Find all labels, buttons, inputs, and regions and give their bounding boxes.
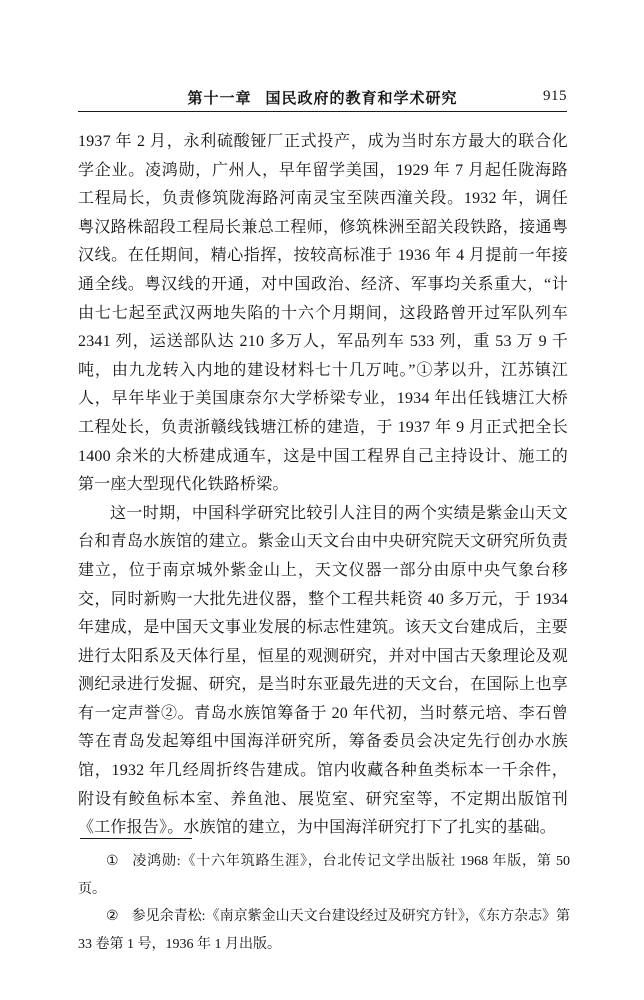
footnote-2: ②参见余青松:《南京紫金山天文台建设经过及研究方针》，《东方杂志》第 33 卷第… bbox=[78, 903, 570, 958]
book-page: 第十一章国民政府的教育和学术研究 915 1937 年 2 月，永利硫酸铔厂正式… bbox=[0, 0, 644, 1000]
paragraph-1: 1937 年 2 月，永利硫酸铔厂正式投产，成为当时东方最大的联合化学企业。凌鸿… bbox=[78, 128, 568, 500]
footnote-1: ①凌鸿勋:《十六年筑路生涯》，台北传记文学出版社 1968 年版，第 50 页。 bbox=[78, 848, 570, 903]
running-head: 第十一章国民政府的教育和学术研究 bbox=[78, 87, 567, 108]
header-rule bbox=[78, 111, 567, 112]
body-text: 1937 年 2 月，永利硫酸铔厂正式投产，成为当时东方最大的联合化学企业。凌鸿… bbox=[78, 128, 568, 843]
footnote-separator-rule bbox=[80, 838, 192, 839]
page-header: 第十一章国民政府的教育和学术研究 915 bbox=[78, 87, 567, 111]
chapter-title: 国民政府的教育和学术研究 bbox=[266, 90, 458, 107]
footnotes-section: ①凌鸿勋:《十六年筑路生涯》，台北传记文学出版社 1968 年版，第 50 页。… bbox=[78, 838, 570, 958]
chapter-label: 第十一章 bbox=[187, 90, 251, 107]
footnote-1-text: 凌鸿勋:《十六年筑路生涯》，台北传记文学出版社 1968 年版，第 50 页。 bbox=[78, 854, 570, 897]
footnote-1-marker: ① bbox=[106, 854, 119, 869]
page-number: 915 bbox=[543, 88, 567, 105]
paragraph-2: 这一时期，中国科学研究比较引人注目的两个实绩是紫金山天文台和青岛水族馆的建立。紫… bbox=[78, 500, 568, 843]
footnote-2-text: 参见余青松:《南京紫金山天文台建设经过及研究方针》，《东方杂志》第 33 卷第 … bbox=[78, 909, 570, 952]
footnote-2-marker: ② bbox=[106, 909, 119, 924]
